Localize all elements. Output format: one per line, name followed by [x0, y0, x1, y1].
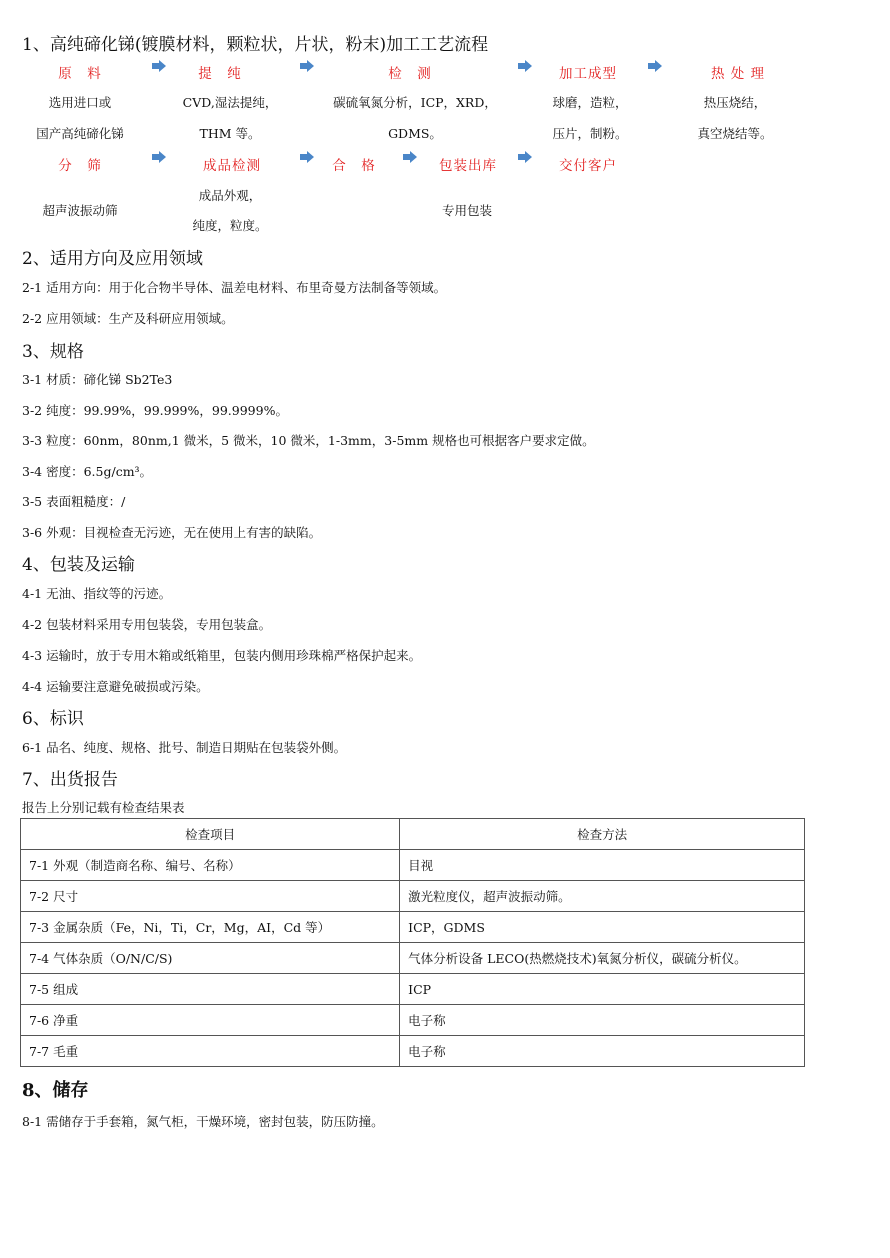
table-row: 7-6 净重 电子称: [21, 1005, 805, 1036]
table-cell: 电子称: [400, 1036, 805, 1067]
right-arrow-icon: [300, 60, 314, 72]
table-cell: 7-2 尺寸: [21, 881, 400, 912]
flow-step-delivery: 交付客户: [528, 154, 648, 174]
flow-desc: 专用包装: [392, 201, 542, 219]
table-row: 7-1 外观（制造商名称、编号、名称） 目视: [21, 850, 805, 881]
column-header: 检查项目: [21, 819, 400, 850]
paragraph: 4-4 运输要注意避免破损或污染。: [22, 677, 209, 695]
table-row: 7-5 组成 ICP: [21, 974, 805, 1005]
table-row: 7-2 尺寸 激光粒度仪，超声波振动筛。: [21, 881, 805, 912]
section-2-title: 2、适用方向及应用领域: [22, 244, 203, 269]
flow-desc: GDMS。: [320, 124, 510, 142]
paragraph: 8-1 需储存于手套箱，氮气柜，干燥环境，密封包装，防压防撞。: [22, 1112, 384, 1130]
flow-desc: 选用进口或: [5, 93, 155, 111]
flow-desc: 国产高纯碲化锑: [5, 124, 155, 142]
flow-desc: 成品外观，: [155, 186, 305, 204]
flow-desc: 纯度，粒度。: [155, 216, 305, 234]
table-cell: 7-6 净重: [21, 1005, 400, 1036]
flow-desc: 碳硫氧氮分析，ICP，XRD，: [320, 93, 510, 111]
section-7-title: 7、出货报告: [22, 765, 118, 790]
paragraph: 3-6 外观：目视检查无污迹，无在使用上有害的缺陷。: [22, 523, 321, 541]
table-cell: 7-4 气体杂质（O/N/C/S): [21, 943, 400, 974]
table-cell: 7-7 毛重: [21, 1036, 400, 1067]
flow-step-heat-treatment: 热 处 理: [678, 62, 798, 82]
flow-desc: 压片，制粉。: [515, 124, 665, 142]
table-cell: ICP: [400, 974, 805, 1005]
section-6-title: 6、标识: [22, 704, 84, 729]
table-cell: ICP，GDMS: [400, 912, 805, 943]
flow-step-packaging-shipping: 包装出库: [408, 154, 528, 174]
flow-desc: 热压烧结，: [660, 93, 810, 111]
paragraph: 2-1 适用方向：用于化合物半导体、温差电材料、布里奇曼方法制备等领域。: [22, 278, 446, 296]
right-arrow-icon: [648, 60, 662, 72]
flow-step-final-inspection: 成品检测: [172, 154, 292, 174]
flow-step-purification: 提 纯: [160, 62, 280, 82]
flow-desc: THM 等。: [155, 124, 305, 142]
flow-step-forming: 加工成型: [528, 62, 648, 82]
section-8-title: 8、储存: [22, 1076, 89, 1102]
flow-desc: 球磨，造粒，: [515, 93, 665, 111]
flow-step-sieving: 分 筛: [20, 154, 140, 174]
paragraph: 3-3 粒度：60nm，80nm,1 微米，5 微米，10 微米，1-3mm，3…: [22, 431, 595, 449]
section-3-title: 3、规格: [22, 337, 84, 362]
paragraph: 4-2 包装材料采用专用包装袋，专用包装盒。: [22, 615, 271, 633]
paragraph: 3-4 密度：6.5g/cm³。: [22, 462, 152, 480]
flow-step-qualified: 合 格: [294, 154, 414, 174]
flow-desc: 超声波振动筛: [5, 201, 155, 219]
right-arrow-icon: [152, 151, 166, 163]
table-row: 7-4 气体杂质（O/N/C/S) 气体分析设备 LECO(热燃烧技术)氧氮分析…: [21, 943, 805, 974]
paragraph: 4-1 无油、指纹等的污迹。: [22, 584, 171, 602]
paragraph: 2-2 应用领域：生产及科研应用领域。: [22, 309, 234, 327]
table-cell: 7-3 金属杂质（Fe，Ni，Ti，Cr，Mg，AI，Cd 等）: [21, 912, 400, 943]
column-header: 检查方法: [400, 819, 805, 850]
flow-desc: 真空烧结等。: [660, 124, 810, 142]
section-4-title: 4、包装及运输: [22, 550, 135, 575]
paragraph: 3-2 纯度：99.99%，99.999%，99.9999%。: [22, 401, 288, 419]
inspection-table: 检查项目 检查方法 7-1 外观（制造商名称、编号、名称） 目视 7-2 尺寸 …: [20, 818, 805, 1067]
flow-step-testing: 检 测: [350, 62, 470, 82]
table-cell: 7-1 外观（制造商名称、编号、名称）: [21, 850, 400, 881]
table-cell: 气体分析设备 LECO(热燃烧技术)氧氮分析仪，碳硫分析仪。: [400, 943, 805, 974]
paragraph: 6-1 品名、纯度、规格、批号、制造日期贴在包装袋外侧。: [22, 738, 346, 756]
section-1-title: 1、高纯碲化锑(镀膜材料，颗粒状，片状，粉末)加工工艺流程: [22, 30, 488, 55]
table-cell: 目视: [400, 850, 805, 881]
flow-desc: CVD,湿法提纯，: [155, 93, 305, 111]
table-intro: 报告上分别记载有检查结果表: [22, 798, 185, 816]
table-cell: 电子称: [400, 1005, 805, 1036]
table-cell: 7-5 组成: [21, 974, 400, 1005]
table-row: 7-7 毛重 电子称: [21, 1036, 805, 1067]
table-cell: 激光粒度仪，超声波振动筛。: [400, 881, 805, 912]
table-header-row: 检查项目 检查方法: [21, 819, 805, 850]
paragraph: 3-1 材质：碲化锑 Sb2Te3: [22, 370, 172, 388]
table-row: 7-3 金属杂质（Fe，Ni，Ti，Cr，Mg，AI，Cd 等） ICP，GDM…: [21, 912, 805, 943]
flow-step-raw-material: 原 料: [20, 62, 140, 82]
paragraph: 4-3 运输时，放于专用木箱或纸箱里，包装内侧用珍珠棉严格保护起来。: [22, 646, 421, 664]
paragraph: 3-5 表面粗糙度：/: [22, 492, 125, 510]
